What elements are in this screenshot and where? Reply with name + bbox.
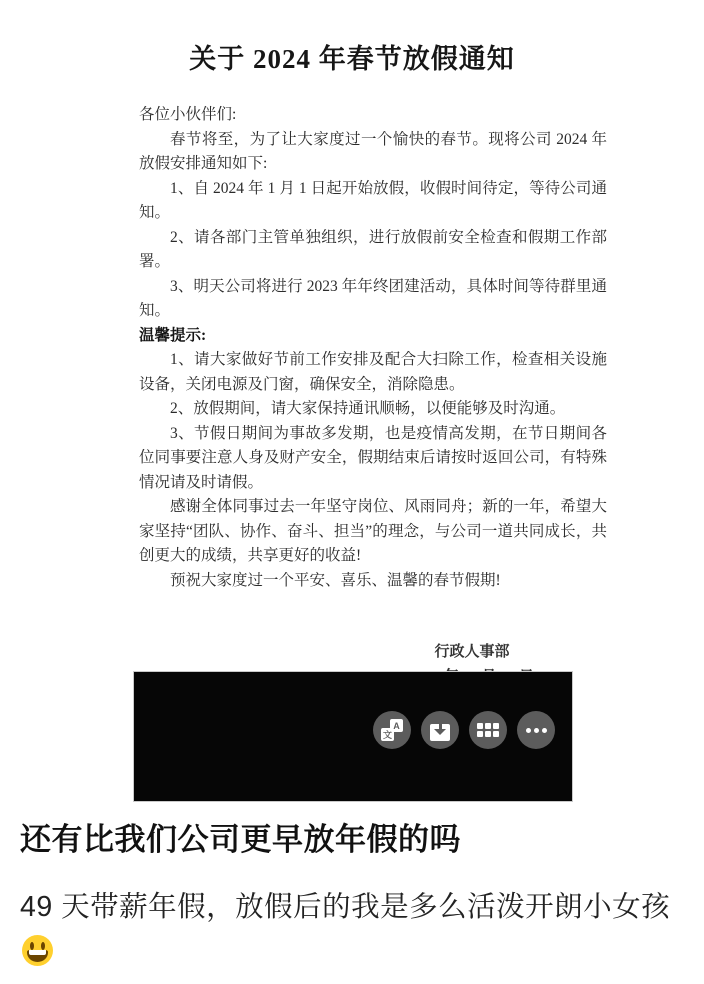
notice-document-image[interactable]: 关于 2024 年春节放假通知 各位小伙伴们: 春节将至，为了让大家度过一个愉快… bbox=[0, 0, 704, 640]
closing-paragraph: 预祝大家度过一个平安、喜乐、温馨的春节假期! bbox=[139, 569, 607, 594]
signature-department: 行政人事部 bbox=[387, 640, 557, 665]
document-intro: 春节将至，为了让大家度过一个愉快的春节。现将公司 2024 年放假安排通知如下: bbox=[139, 128, 607, 177]
document-salutation: 各位小伙伴们: bbox=[139, 103, 607, 128]
post-body-text: 49 天带薪年假，放假后的我是多么活泼开朗小女孩 bbox=[20, 891, 670, 923]
translate-button[interactable]: A 文 bbox=[373, 711, 411, 749]
post-content: 还有比我们公司更早放年假的吗 49 天带薪年假，放假后的我是多么活泼开朗小女孩 bbox=[20, 820, 686, 976]
download-button[interactable] bbox=[421, 711, 459, 749]
translate-icon: A 文 bbox=[381, 719, 403, 741]
media-toolbar: A 文 bbox=[373, 711, 555, 749]
media-strip: A 文 bbox=[133, 671, 573, 802]
post-title: 还有比我们公司更早放年假的吗 bbox=[20, 820, 686, 860]
document-body: 各位小伙伴们: 春节将至，为了让大家度过一个愉快的春节。现将公司 2024 年放… bbox=[139, 103, 607, 690]
notice-item: 3、明天公司将进行 2023 年年终团建活动，具体时间等待群里通知。 bbox=[139, 275, 607, 324]
notice-item: 2、请各部门主管单独组织，进行放假前安全检查和假期工作部署。 bbox=[139, 226, 607, 275]
notice-item: 1、自 2024 年 1 月 1 日起开始放假，收假时间待定，等待公司通知。 bbox=[139, 177, 607, 226]
grid-button[interactable] bbox=[469, 711, 507, 749]
document-title: 关于 2024 年春节放假通知 bbox=[0, 37, 704, 76]
grinning-face-emoji bbox=[22, 935, 53, 966]
closing-paragraph: 感谢全体同事过去一年坚守岗位、风雨同舟；新的一年，希望大家坚持“团队、协作、奋斗… bbox=[139, 495, 607, 569]
grid-icon bbox=[477, 723, 499, 737]
download-icon bbox=[430, 720, 450, 741]
tips-item: 1、请大家做好节前工作安排及配合大扫除工作，检查相关设施设备，关闭电源及门窗，确… bbox=[139, 348, 607, 397]
more-icon bbox=[526, 728, 547, 733]
post-body: 49 天带薪年假，放假后的我是多么活泼开朗小女孩 bbox=[20, 884, 686, 976]
tips-heading: 温馨提示: bbox=[139, 324, 607, 349]
tips-item: 3、节假日期间为事故多发期，也是疫情高发期，在节日期间各位同事要注意人身及财产安… bbox=[139, 422, 607, 496]
tips-item: 2、放假期间，请大家保持通讯顺畅，以便能够及时沟通。 bbox=[139, 397, 607, 422]
more-button[interactable] bbox=[517, 711, 555, 749]
